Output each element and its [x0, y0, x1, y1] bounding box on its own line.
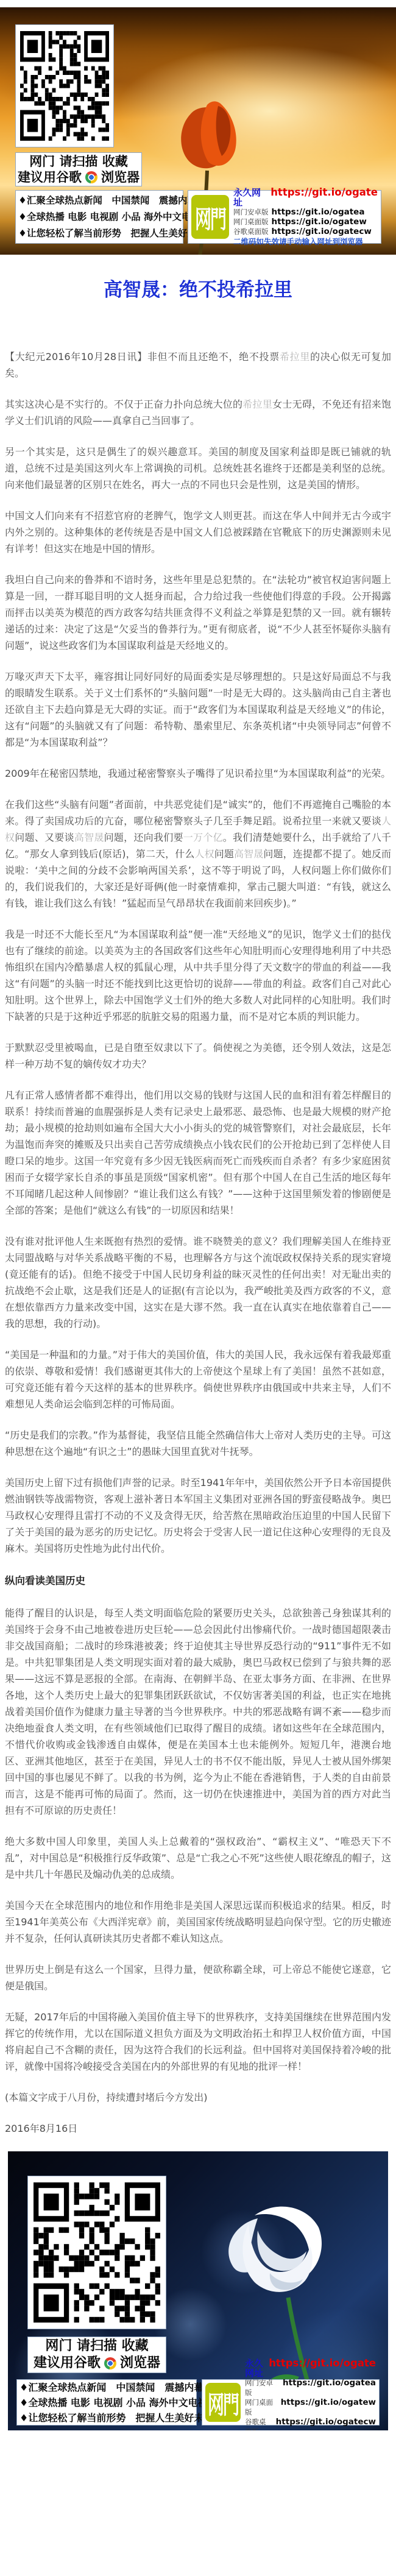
feature-item: ♦汇聚全球热点新闻 中国禁闻 震撼内幕	[19, 2380, 194, 2395]
section-heading: 纵向看读美国历史	[5, 1573, 391, 1589]
header-qr-code	[15, 24, 114, 147]
text-run: 2009年在秘密囚禁地，我通过秘密警察头子嘴得了见识希拉里“为本国谋取利益”的光…	[5, 768, 391, 779]
header-banner-image: 网门 请扫描 收藏 建议用谷歌 浏览器 ♦汇聚全球热点新闻 中国禁闻 震撼内幕 …	[0, 7, 396, 255]
text-run: 另一个其实是，这只是偶生了的娱兴趣意耳。美国的制度及国家利益即是既已铺就的轨道，…	[5, 446, 391, 490]
google-desktop-url[interactable]: https://git.io/ogatecw	[272, 227, 372, 236]
page: 网门 请扫描 收藏 建议用谷歌 浏览器 ♦汇聚全球热点新闻 中国禁闻 震撼内幕 …	[0, 7, 396, 2430]
inline-link[interactable]: 希拉里	[242, 398, 272, 410]
site-logo: 网門	[191, 195, 229, 239]
inline-link[interactable]: 高智晟	[234, 848, 263, 860]
text-run: 纵向看读美国历史	[5, 1575, 85, 1587]
footer-scan-instruction-box: 网门 请扫描 收藏 建议用谷歌 浏览器	[27, 2337, 166, 2373]
inline-link[interactable]: 一万个亿	[183, 832, 223, 843]
scan-line2-prefix: 建议用谷歌	[18, 169, 82, 185]
article-paragraph: 我坦白自己向来的鲁莽和不谙时务，这些年里是总犯禁的。在“法轮功”被官权迫害问题上…	[5, 571, 391, 654]
google-desktop-label: 谷歌桌面版	[245, 2417, 273, 2431]
article-paragraph: 美国今天在全球范围内的地位和作用绝非是美国人深思远谋而积极追求的结果。相反，时至…	[5, 1897, 391, 1947]
article-paragraph: 我是一时还不大能长至凡“为本国谋取利益”便一准“天经地义”的见识，饱学义士们的挞…	[5, 926, 391, 1025]
inline-link[interactable]: 希拉里	[280, 351, 310, 363]
chrome-icon	[85, 171, 97, 183]
text-run: 无疑，2017年后的中国将融入美国价值主导下的世界秩序，支持美国继续在世界范围内…	[5, 2011, 391, 2072]
text-run: 世界历史上倒是有这么一个国家，旦得力量，便欲称霸全球，可上帝总不能使它遂意，它便…	[5, 1964, 391, 1992]
text-run: “美国是一种温和的力量。”对于伟大的美国价值，伟大的美国人民，我永远保有着我最郑…	[5, 1349, 391, 1410]
text-run: (本篇文字成于八月份，持续遭封堵后今方发出)	[5, 2092, 208, 2103]
android-version-url[interactable]: https://git.io/ogatea	[272, 207, 365, 217]
article-paragraph: 于默默忍受里被喝血，已是自堕至奴隶以下了。倘使视之为美德，还令别人效法，这是怎样…	[5, 1039, 391, 1072]
text-run: 我是一时还不大能长至凡“为本国谋取利益”便一准“天经地义”的见识，饱学义士们的挞…	[5, 929, 391, 1022]
android-version-label: 网门安卓版	[245, 2378, 280, 2397]
google-desktop-url[interactable]: https://git.io/ogatecw	[276, 2417, 376, 2427]
article-paragraph: 美国历史上留下过有损他们声誉的记录。时至1941年年中，美国依然公开予日本帝国提…	[5, 1474, 391, 1557]
article-paragraph: 其实这决心是不实行的。不仅于正奋力扑向总统大位的希拉里女士无碍，不免还有招来饱学…	[5, 396, 391, 429]
site-logo: 网門	[205, 2383, 241, 2422]
chrome-icon	[104, 2357, 116, 2369]
article-paragraph: 在我们这些“头脑有问题”者面前，中共恶党徒们是“诚实”的，他们不再遮掩自己嘴脸的…	[5, 796, 391, 911]
permanent-url[interactable]: https://git.io/ogate	[269, 2358, 376, 2368]
text-run: 绝大多数中国人印象里，美国人头上总戴着的“强权政治”、“霸权主义”、“唯恐天下不…	[5, 1836, 391, 1880]
header-feature-list-box: ♦汇聚全球热点新闻 中国禁闻 震撼内幕 ♦全球热播 电影 电视剧 小品 海外中文…	[15, 190, 183, 244]
scan-line2-prefix: 建议用谷歌	[34, 2355, 101, 2372]
text-run: 【大纪元2016年10月28日讯】非但不而且还绝不，绝不投票	[5, 351, 280, 363]
text-run: 问题	[214, 848, 234, 860]
text-run: 于默默忍受里被喝血，已是自堕至奴隶以下了。倘使视之为美德，还令别人效法，这是怎样…	[5, 1042, 391, 1070]
article-body: 【大纪元2016年10月28日讯】非但不而且还绝不，绝不投票希拉里的决心似无可复…	[0, 302, 396, 2137]
article-paragraph: 绝大多数中国人印象里，美国人头上总戴着的“强权政治”、“霸权主义”、“唯恐天下不…	[5, 1833, 391, 1883]
article-paragraph: 万喙灭声天下太平，雍容揖让同好同好的局面委实是尽够理想的。只是这好局面总不与我的…	[5, 668, 391, 751]
article-paragraph: 世界历史上倒是有这么一个国家，旦得力量，便欲称霸全球，可上帝总不能使它遂意，它便…	[5, 1961, 391, 1994]
article-paragraph: 【大纪元2016年10月28日讯】非但不而且还绝不，绝不投票希拉里的决心似无可复…	[5, 349, 391, 381]
desktop-version-url[interactable]: https://git.io/ogatew	[281, 2397, 376, 2407]
text-run: 我坦白自己向来的鲁莽和不谙时务，这些年里是总犯禁的。在“法轮功”被官权迫害问题上…	[5, 574, 391, 651]
text-run: 能得了醒目的认识是，每至人类文明面临危险的紧要历史关头，总欲独善己身独谋其利的美…	[5, 1607, 391, 1816]
feature-item: ♦汇聚全球热点新闻 中国禁闻 震撼内幕	[18, 193, 180, 209]
desktop-version-label: 网门桌面版	[245, 2397, 278, 2417]
permanent-url[interactable]: https://git.io/ogate	[270, 188, 378, 197]
text-run: 美国历史上留下过有损他们声誉的记录。时至1941年年中，美国依然公开予日本帝国提…	[5, 1477, 391, 1554]
android-version-url[interactable]: https://git.io/ogatea	[283, 2378, 376, 2388]
article-paragraph: (本篇文字成于八月份，持续遭封堵后今方发出)	[5, 2089, 391, 2106]
feature-item: ♦让您轻松了解当前形势 把握人生美好未来	[19, 2410, 194, 2426]
text-run: 凡有正常人感情者都不难得出，他们用以交易的钱财与这国人民的血和泪有着怎样醒目的联…	[5, 1089, 391, 1216]
scan-line2-suffix: 浏览器	[120, 2355, 160, 2372]
inline-link[interactable]: 人权	[194, 848, 214, 860]
scan-line1: 网门 请扫描 收藏	[45, 2338, 148, 2355]
article-paragraph: 2009年在秘密囚禁地，我通过秘密警察头子嘴得了见识希拉里“为本国谋取利益”的光…	[5, 765, 391, 782]
article-paragraph: 能得了醒目的认识是，每至人类文明面临危险的紧要历史关头，总欲独善己身独谋其利的美…	[5, 1605, 391, 1819]
text-run: 2016年8月16日	[5, 2123, 77, 2134]
article-paragraph: 2016年8月16日	[5, 2120, 391, 2137]
article-paragraph: 中国文人们向来有不招惹官府的老脾气，饱学文人则更甚。而这在华人中间并无古今或宇内…	[5, 508, 391, 557]
feature-item: ♦全球热播 电影 电视剧 小品 海外中文电视	[19, 2395, 194, 2410]
text-run: 其实这决心是不实行的。不仅于正奋力扑向总统大位的	[5, 398, 242, 410]
google-desktop-label: 谷歌桌面版	[233, 227, 269, 236]
qr-fallback-note: 二维码如失效请手动输入网址到浏览器	[233, 237, 378, 247]
text-run: 问题，还向我们要	[104, 832, 183, 843]
text-run: 美国今天在全球范围内的地位和作用绝非是美国人深思远谋而积极追求的结果。相反，时至…	[5, 1900, 391, 1944]
feature-item: ♦让您轻松了解当前形势 把握人生美好未来	[18, 225, 180, 242]
footer-links-box: 网門 永久网址 https://git.io/ogate 网门安卓版 https…	[202, 2379, 380, 2426]
permanent-url-label: 永久网址	[245, 2358, 266, 2378]
footer-banner-image: 网门 请扫描 收藏 建议用谷歌 浏览器 ♦汇聚全球热点新闻 中国禁闻 震撼内幕 …	[8, 2151, 388, 2430]
text-run: 没有谁对批评他人生来既抱有热烈的爱情。谁不晓赞美的意义？我们理解美国人在维持亚太…	[5, 1236, 391, 1329]
scan-line2-suffix: 浏览器	[101, 169, 140, 185]
article-paragraph: “历史是我们的宗教。”作为基督徒，我坚信且能全然确信伟大上帝对人类历史的主导。可…	[5, 1427, 391, 1460]
inline-link[interactable]: 高智晟	[74, 832, 104, 843]
android-version-label: 网门安卓版	[233, 207, 269, 217]
footer-feature-list-box: ♦汇聚全球热点新闻 中国禁闻 震撼内幕 ♦全球热播 电影 电视剧 小品 海外中文…	[16, 2379, 197, 2426]
text-run: 在我们这些“头脑有问题”者面前，中共恶党徒们是“诚实”的，他们不再遮掩自己嘴脸的…	[5, 799, 391, 827]
header-links-box: 网門 永久网址 https://git.io/ogate 网门安卓版 https…	[188, 190, 381, 244]
text-run: 中国文人们向来有不招惹官府的老脾气，饱学文人则更甚。而这在华人中间并无古今或宇内…	[5, 510, 391, 554]
text-run: 万喙灭声天下太平，雍容揖让同好同好的局面委实是尽够理想的。只是这好局面总不与我的…	[5, 671, 391, 748]
desktop-version-url[interactable]: https://git.io/ogatew	[272, 217, 367, 227]
article-title: 高智晟：绝不投希拉里	[6, 278, 390, 302]
article-paragraph: 另一个其实是，这只是偶生了的娱兴趣意耳。美国的制度及国家利益即是既已铺就的轨道，…	[5, 444, 391, 493]
article-paragraph: 没有谁对批评他人生来既抱有热烈的爱情。谁不晓赞美的意义？我们理解美国人在维持亚太…	[5, 1233, 391, 1332]
footer-qr-code	[27, 2176, 166, 2329]
article-paragraph: “美国是一种温和的力量。”对于伟大的美国价值，伟大的美国人民，我永远保有着我最郑…	[5, 1346, 391, 1412]
article-paragraph: 无疑，2017年后的中国将融入美国价值主导下的世界秩序，支持美国继续在世界范围内…	[5, 2009, 391, 2075]
feature-item: ♦全球热播 电影 电视剧 小品 海外中文电视	[18, 209, 180, 225]
scan-line1: 网门 请扫描 收藏	[29, 154, 128, 169]
desktop-version-label: 网门桌面版	[233, 217, 269, 227]
text-run: “历史是我们的宗教。”作为基督徒，我坚信且能全然确信伟大上帝对人类历史的主导。可…	[5, 1429, 391, 1457]
permanent-url-label: 永久网址	[233, 188, 267, 207]
header-scan-instruction-box: 网门 请扫描 收藏 建议用谷歌 浏览器	[15, 152, 142, 186]
article-paragraph: 凡有正常人感情者都不难得出，他们用以交易的钱财与这国人民的血和泪有着怎样醒目的联…	[5, 1087, 391, 1219]
text-run: 问题、又要谈	[15, 832, 74, 843]
